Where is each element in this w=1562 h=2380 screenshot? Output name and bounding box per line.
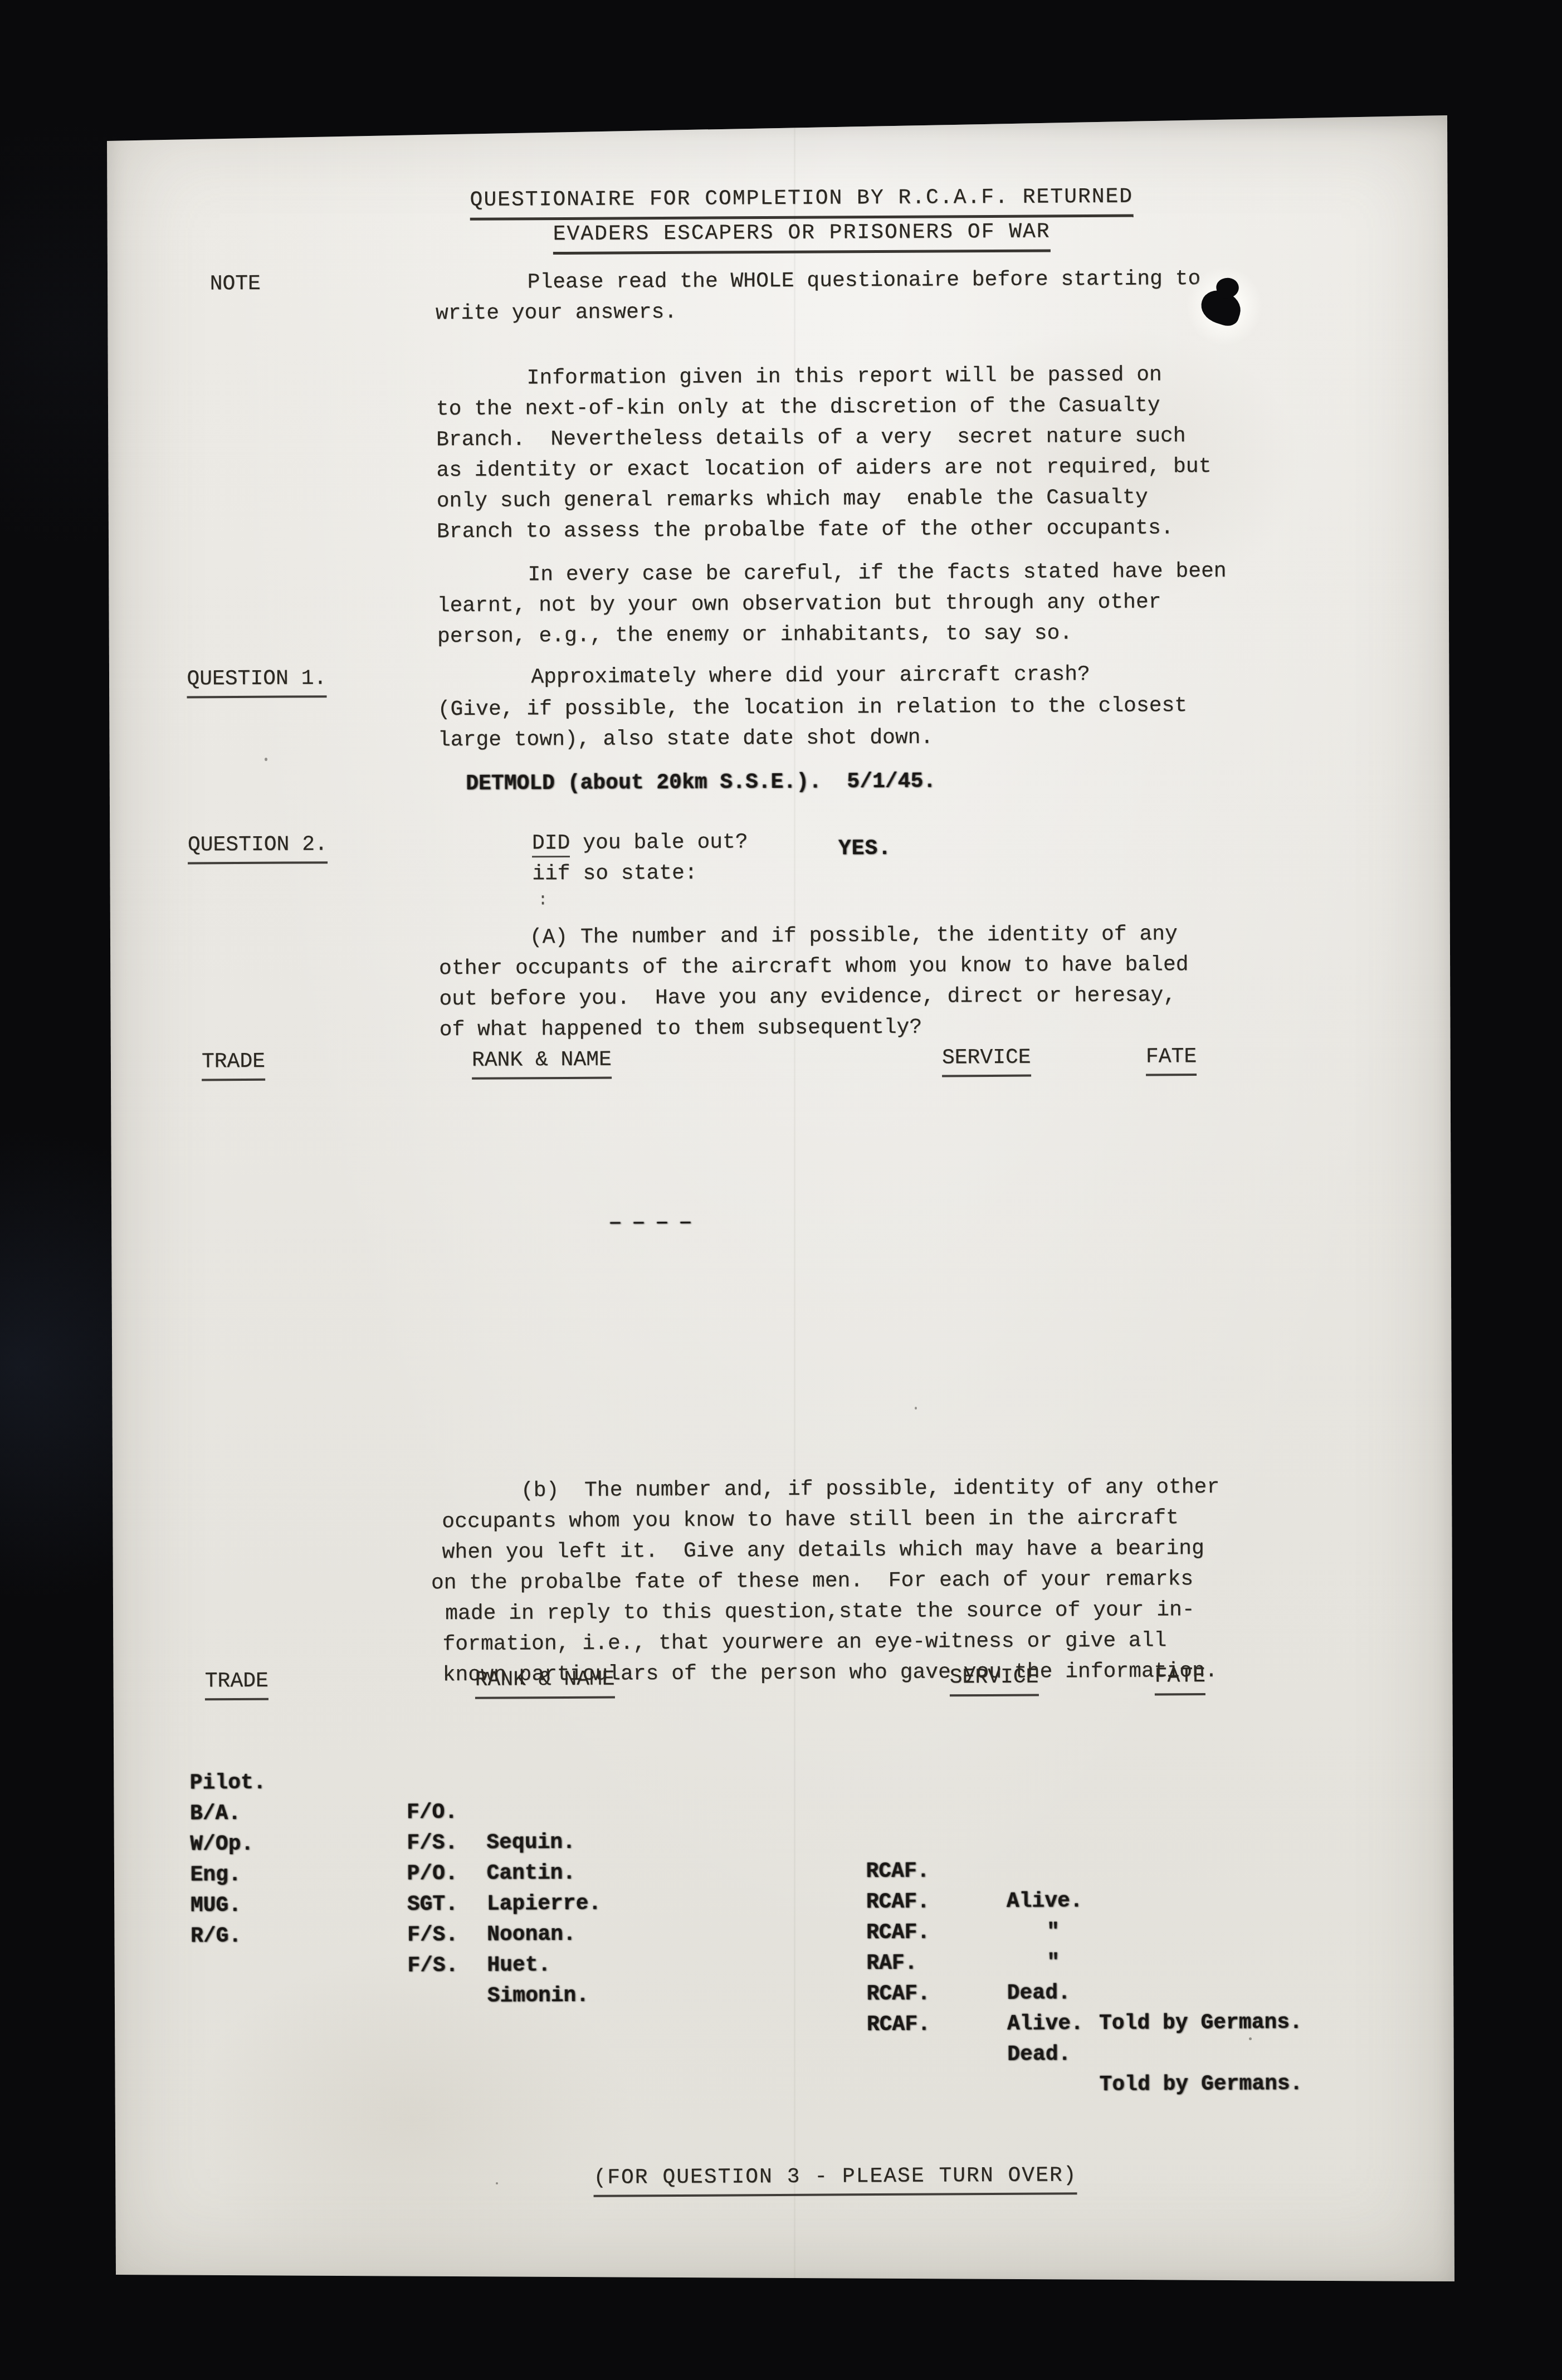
did-underlined-word: DID: [532, 831, 570, 857]
table2-header-fate: FATE: [1155, 1661, 1206, 1695]
table1-header-fate: FATE: [1146, 1041, 1197, 1076]
document-title-line1: QUESTIONAIRE FOR COMPLETION BY R.C.A.F. …: [470, 182, 1133, 221]
question2a-line: other occupants of the aircraft whom you…: [439, 949, 1189, 984]
question2b-line: formation, i.e., that yourwere an eye-wi…: [442, 1625, 1166, 1660]
question2b-line: occupants whom you know to have still be…: [442, 1503, 1179, 1537]
empty-table-dashes: — — — —: [610, 1208, 692, 1239]
note-paragraph1-line: Please read the WHOLE questionaire befor…: [527, 264, 1200, 297]
cell-name: Simonin.: [487, 1981, 589, 2012]
table2-header-service: SERVICE: [950, 1662, 1039, 1697]
note-paragraph2-line: to the next-of-kin only at the discretio…: [436, 390, 1160, 425]
question2a-line: out before you. Have you any evidence, d…: [439, 980, 1176, 1015]
note-paragraph1-line: write your answers.: [436, 297, 677, 329]
table1-header-rank-name: RANK & NAME: [472, 1045, 612, 1080]
typewritten-content: QUESTIONAIRE FOR COMPLETION BY R.C.A.F. …: [100, 111, 1461, 2286]
question2a-line: (A) The number and if possible, the iden…: [530, 919, 1178, 953]
question1-text-line: (Give, if possible, the location in rela…: [437, 690, 1187, 725]
table1-header-service: SERVICE: [942, 1042, 1031, 1077]
question2b-line: made in reply to this question,state the…: [445, 1594, 1195, 1629]
note-paragraph2-line: Branch. Nevertheless details of a very s…: [436, 421, 1186, 455]
note-paragraph2-line: Information given in this report will be…: [526, 359, 1161, 393]
note-paragraph3-line: In every case be careful, if the facts s…: [528, 556, 1226, 591]
cell-trade: R/G.: [191, 1921, 242, 1952]
note-paragraph2-line: as identity or exact location of aiders …: [436, 451, 1211, 486]
question1-text-line: Approximately where did your aircraft cr…: [531, 659, 1090, 692]
question2b-line: (b) The number and, if possible, identit…: [521, 1472, 1219, 1506]
question2-text-line: DID you bale out?: [532, 827, 748, 859]
note-paragraph2-line: only such general remarks which may enab…: [437, 482, 1148, 516]
cell-service: RCAF.: [867, 2010, 930, 2041]
question2a-line: of what happened to them subsequently?: [440, 1012, 922, 1046]
table-row: R/G. F/S. Simonin. RCAF. Dead. Told by G…: [110, 1884, 1460, 2137]
question1-answer: DETMOLD (about 20km S.S.E.). 5/1/45.: [466, 766, 936, 799]
document-title-line2: EVADERS ESCAPERS OR PRISONERS OF WAR: [553, 216, 1051, 255]
table2-header-rank-name: RANK & NAME: [475, 1664, 615, 1699]
table2-header-trade: TRADE: [205, 1666, 269, 1701]
note-paragraph2-line: Branch to assess the probalbe fate of th…: [437, 513, 1174, 547]
scanned-photo-background: { "document": { "title_line1": "QUESTION…: [0, 0, 1562, 2380]
cell-rank: F/S.: [407, 1950, 458, 1981]
cell-fate-note: Told by Germans.: [1099, 2069, 1302, 2100]
question2b-line: on the probalbe fate of these men. For e…: [431, 1564, 1194, 1598]
question2-answer: YES.: [838, 833, 892, 864]
paper-hole: [1186, 266, 1262, 346]
question2-ifso-line: iif so state:: [532, 858, 697, 890]
question1-label: QUESTION 1.: [187, 663, 326, 698]
note-paragraph3-line: learnt, not by your own observation but …: [437, 587, 1161, 621]
questionnaire-page: QUESTIONAIRE FOR COMPLETION BY R.C.A.F. …: [106, 114, 1455, 2283]
question2-label: QUESTION 2.: [188, 829, 328, 864]
table1-header-trade: TRADE: [202, 1046, 265, 1081]
cell-fate: Dead.: [1007, 2039, 1071, 2070]
question1-text-line: large town), also state date shot down.: [438, 722, 934, 755]
stray-colon-mark: :: [538, 885, 548, 916]
footer-turn-over-note: (FOR QUESTION 3 - PLEASE TURN OVER): [593, 2160, 1077, 2197]
did-rest-text: you bale out?: [570, 830, 748, 855]
note-paragraph3-line: person, e.g., the enemy or inhabitants, …: [437, 618, 1072, 652]
question2b-line: when you left it. Give any details which…: [442, 1533, 1204, 1568]
note-label: NOTE: [209, 269, 261, 299]
